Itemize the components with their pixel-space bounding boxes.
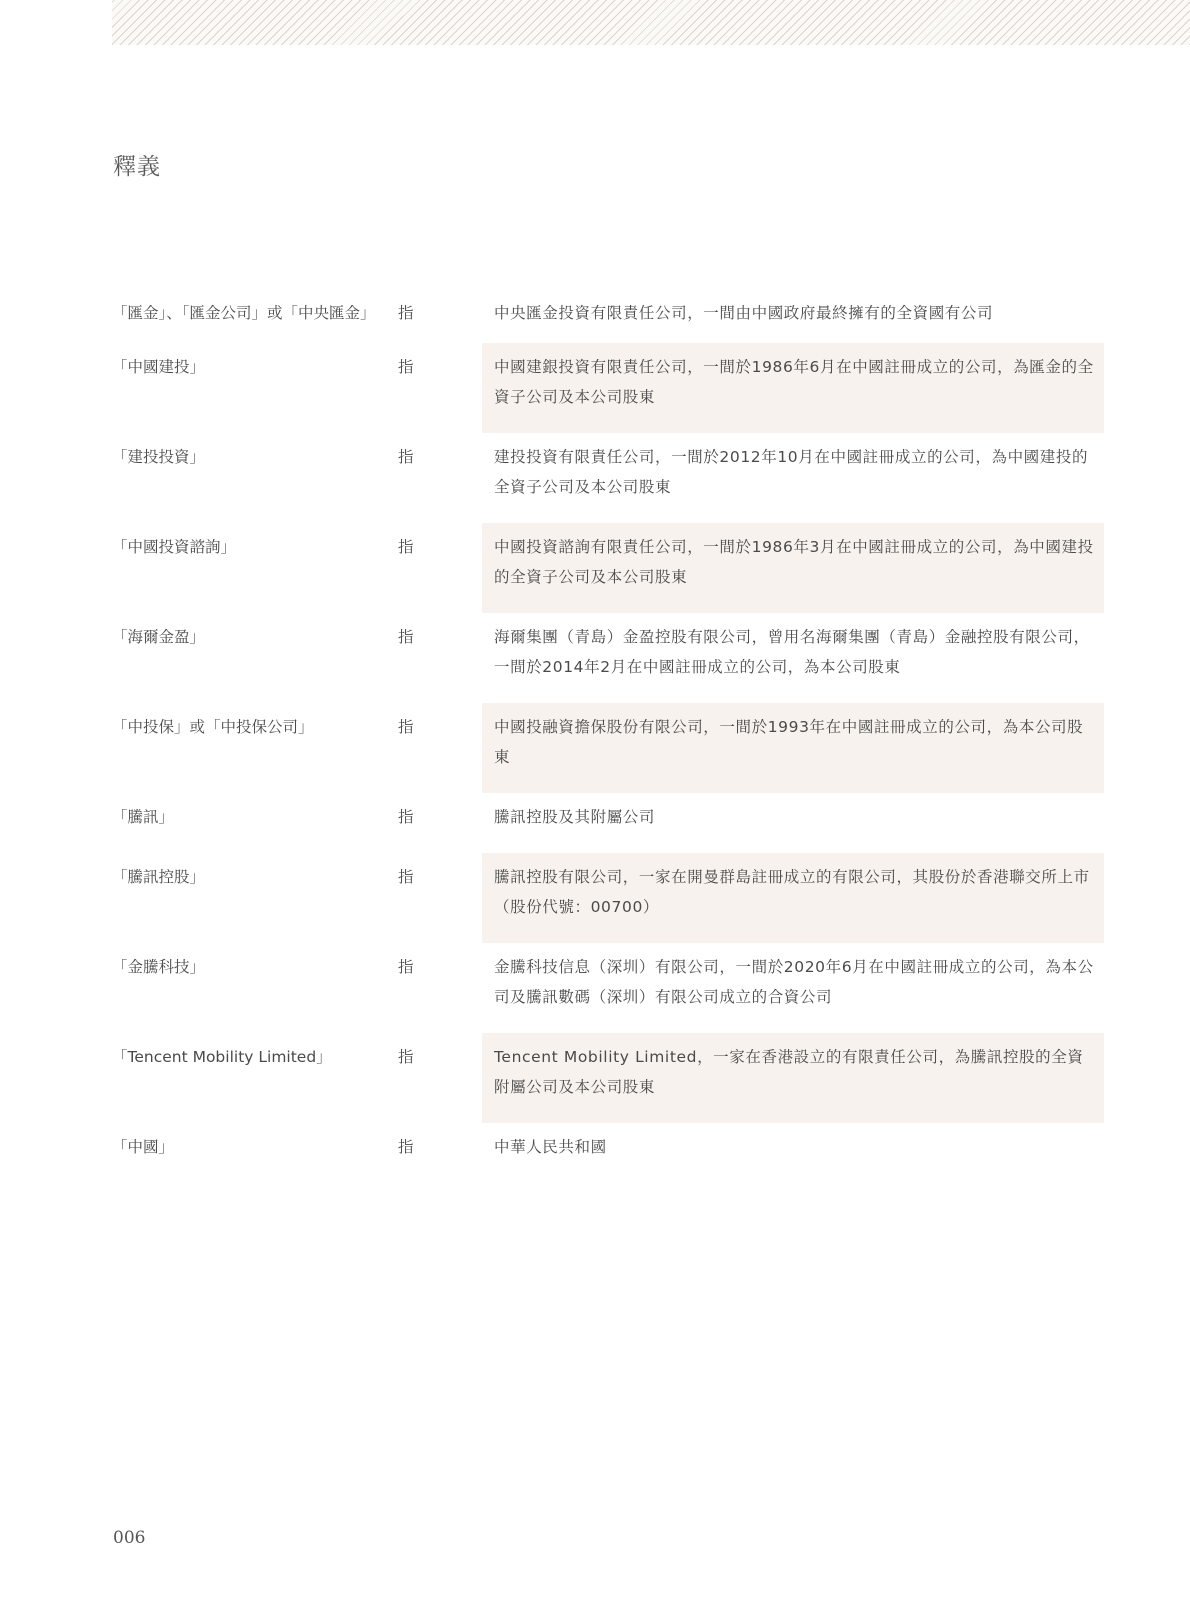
- definition-text: 建投投資有限責任公司，一間於2012年10月在中國註冊成立的公司，為中國建投的全…: [494, 442, 1094, 502]
- definition-row: 「海爾金盈」 指 海爾集團（青島）金盈控股有限公司，曾用名海爾集團（青島）金融控…: [0, 613, 1190, 703]
- means-label: 指: [398, 952, 414, 982]
- definition-text: 中國建銀投資有限責任公司，一間於1986年6月在中國註冊成立的公司，為匯金的全資…: [494, 352, 1094, 412]
- definition-row: 「建投投資」 指 建投投資有限責任公司，一間於2012年10月在中國註冊成立的公…: [0, 433, 1190, 523]
- definition-text: 中華人民共和國: [494, 1132, 1094, 1162]
- definition-row: 「中國」 指 中華人民共和國: [0, 1123, 1190, 1183]
- definition-term: 「中投保」或「中投保公司」: [112, 712, 314, 742]
- definition-term: 「騰訊控股」: [112, 862, 205, 892]
- definition-term: 「金騰科技」: [112, 952, 205, 982]
- definition-term: 「騰訊」: [112, 802, 174, 832]
- means-label: 指: [398, 1132, 414, 1162]
- means-label: 指: [398, 802, 414, 832]
- means-label: 指: [398, 532, 414, 562]
- means-label: 指: [398, 862, 414, 892]
- definition-term: 「建投投資」: [112, 442, 205, 472]
- definition-text: 騰訊控股有限公司，一家在開曼群島註冊成立的有限公司，其股份於香港聯交所上市（股份…: [494, 862, 1094, 922]
- page-number: 006: [113, 1528, 145, 1548]
- means-label: 指: [398, 712, 414, 742]
- page-title: 釋義: [113, 148, 161, 181]
- definition-text: 中央匯金投資有限責任公司，一間由中國政府最終擁有的全資國有公司: [494, 298, 1094, 328]
- definition-row: 「金騰科技」 指 金騰科技信息（深圳）有限公司，一間於2020年6月在中國註冊成…: [0, 943, 1190, 1033]
- definition-term: 「Tencent Mobility Limited」: [112, 1042, 332, 1072]
- definition-row: 「騰訊」 指 騰訊控股及其附屬公司: [0, 793, 1190, 853]
- definition-row: 「中國投資諮詢」 指 中國投資諮詢有限責任公司，一間於1986年3月在中國註冊成…: [0, 523, 1190, 613]
- means-label: 指: [398, 1042, 414, 1072]
- definition-term: 「海爾金盈」: [112, 622, 205, 652]
- definition-term: 「中國」: [112, 1132, 174, 1162]
- definition-text: 金騰科技信息（深圳）有限公司，一間於2020年6月在中國註冊成立的公司，為本公司…: [494, 952, 1094, 1012]
- definition-text: 騰訊控股及其附屬公司: [494, 802, 1094, 832]
- definition-row: 「中投保」或「中投保公司」 指 中國投融資擔保股份有限公司，一間於1993年在中…: [0, 703, 1190, 793]
- means-label: 指: [398, 442, 414, 472]
- definition-row: 「中國建投」 指 中國建銀投資有限責任公司，一間於1986年6月在中國註冊成立的…: [0, 343, 1190, 433]
- definition-text: 中國投資諮詢有限責任公司，一間於1986年3月在中國註冊成立的公司，為中國建投的…: [494, 532, 1094, 592]
- definition-text: Tencent Mobility Limited，一家在香港設立的有限責任公司，…: [494, 1042, 1094, 1102]
- means-label: 指: [398, 622, 414, 652]
- means-label: 指: [398, 352, 414, 382]
- definition-row: 「Tencent Mobility Limited」 指 Tencent Mob…: [0, 1033, 1190, 1123]
- definition-row: 「騰訊控股」 指 騰訊控股有限公司，一家在開曼群島註冊成立的有限公司，其股份於香…: [0, 853, 1190, 943]
- means-label: 指: [398, 298, 414, 328]
- definition-text: 中國投融資擔保股份有限公司，一間於1993年在中國註冊成立的公司，為本公司股東: [494, 712, 1094, 772]
- definition-term: 「中國投資諮詢」: [112, 532, 236, 562]
- definition-text: 海爾集團（青島）金盈控股有限公司，曾用名海爾集團（青島）金融控股有限公司，一間於…: [494, 622, 1094, 682]
- header-hatch-decoration: [112, 0, 1190, 45]
- definition-term: 「匯金」、「匯金公司」或「中央匯金」: [112, 298, 376, 328]
- definition-term: 「中國建投」: [112, 352, 205, 382]
